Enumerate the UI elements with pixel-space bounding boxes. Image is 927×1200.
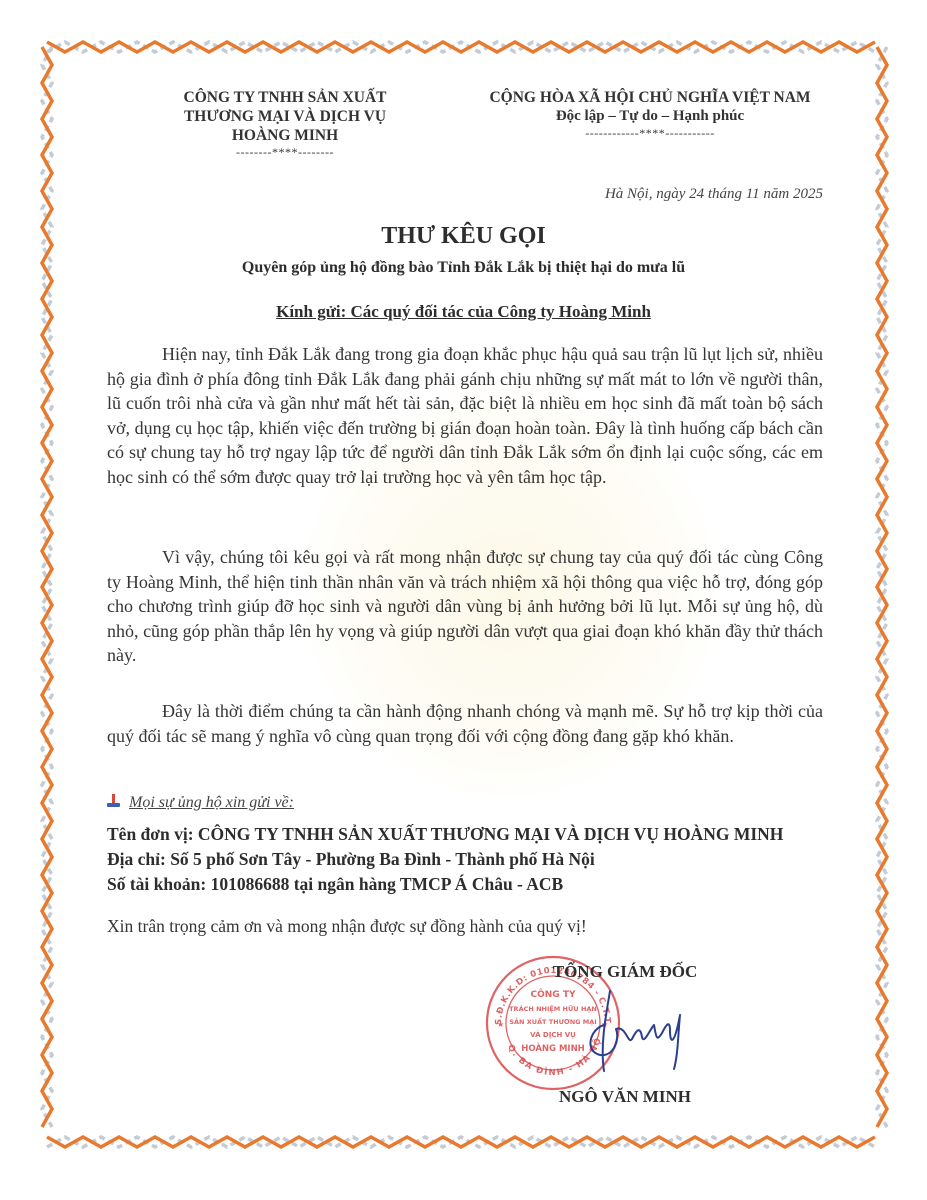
donation-details: Tên đơn vị: CÔNG TY TNHH SẢN XUẤT THƯƠNG… — [107, 822, 783, 897]
donation-label: Mọi sự ủng hộ xin gửi về: — [129, 794, 294, 811]
body-paragraph: Hiện nay, tỉnh Đắk Lắk đang trong gia đo… — [107, 342, 823, 490]
company-name-line-3: HOÀNG MINH — [150, 126, 420, 145]
date-line: Hà Nội, ngày 24 tháng 11 năm 2025 — [605, 186, 823, 203]
donation-heading: Mọi sự ủng hộ xin gửi về: — [107, 794, 294, 812]
company-name-line-2: THƯƠNG MẠI VÀ DỊCH VỤ — [150, 107, 420, 126]
address: Địa chỉ: Số 5 phố Sơn Tây - Phường Ba Đì… — [107, 847, 783, 872]
bank-account: Số tài khoản: 101086688 tại ngân hàng TM… — [107, 872, 783, 897]
letter-title: THƯ KÊU GỌI — [0, 223, 927, 250]
unit-name: Tên đơn vị: CÔNG TY TNHH SẢN XUẤT THƯƠNG… — [107, 822, 783, 847]
company-header: CÔNG TY TNHH SẢN XUẤT THƯƠNG MẠI VÀ DỊCH… — [150, 88, 420, 159]
signer-title: TỔNG GIÁM ĐỐC — [520, 962, 730, 982]
handwritten-signature — [570, 985, 700, 1075]
salutation: Kính gửi: Các quý đối tác của Công ty Ho… — [0, 302, 927, 322]
nation-name: CỘNG HÒA XÃ HỘI CHỦ NGHĨA VIỆT NAM — [440, 88, 860, 107]
body-paragraph: Đây là thời điểm chúng ta cần hành động … — [107, 699, 823, 748]
body-paragraph: Vì vậy, chúng tôi kêu gọi và rất mong nh… — [107, 545, 823, 668]
national-motto: Độc lập – Tự do – Hạnh phúc — [440, 107, 860, 126]
closing-line: Xin trân trọng cảm ơn và mong nhận được … — [107, 916, 587, 937]
paragraph-text: Vì vậy, chúng tôi kêu gọi và rất mong nh… — [107, 545, 823, 668]
header-separator: --------****-------- — [150, 145, 420, 159]
national-header: CỘNG HÒA XÃ HỘI CHỦ NGHĨA VIỆT NAM Độc l… — [440, 88, 860, 140]
pushpin-icon — [107, 794, 121, 808]
header-separator: ------------****----------- — [440, 126, 860, 140]
paragraph-text: Hiện nay, tỉnh Đắk Lắk đang trong gia đo… — [107, 342, 823, 490]
signer-name: NGÔ VĂN MINH — [520, 1087, 730, 1107]
company-name-line-1: CÔNG TY TNHH SẢN XUẤT — [150, 88, 420, 107]
letter-subtitle: Quyên góp ủng hộ đồng bào Tỉnh Đắk Lắk b… — [0, 259, 927, 277]
svg-text:★: ★ — [497, 1020, 504, 1029]
paragraph-text: Đây là thời điểm chúng ta cần hành động … — [107, 699, 823, 748]
